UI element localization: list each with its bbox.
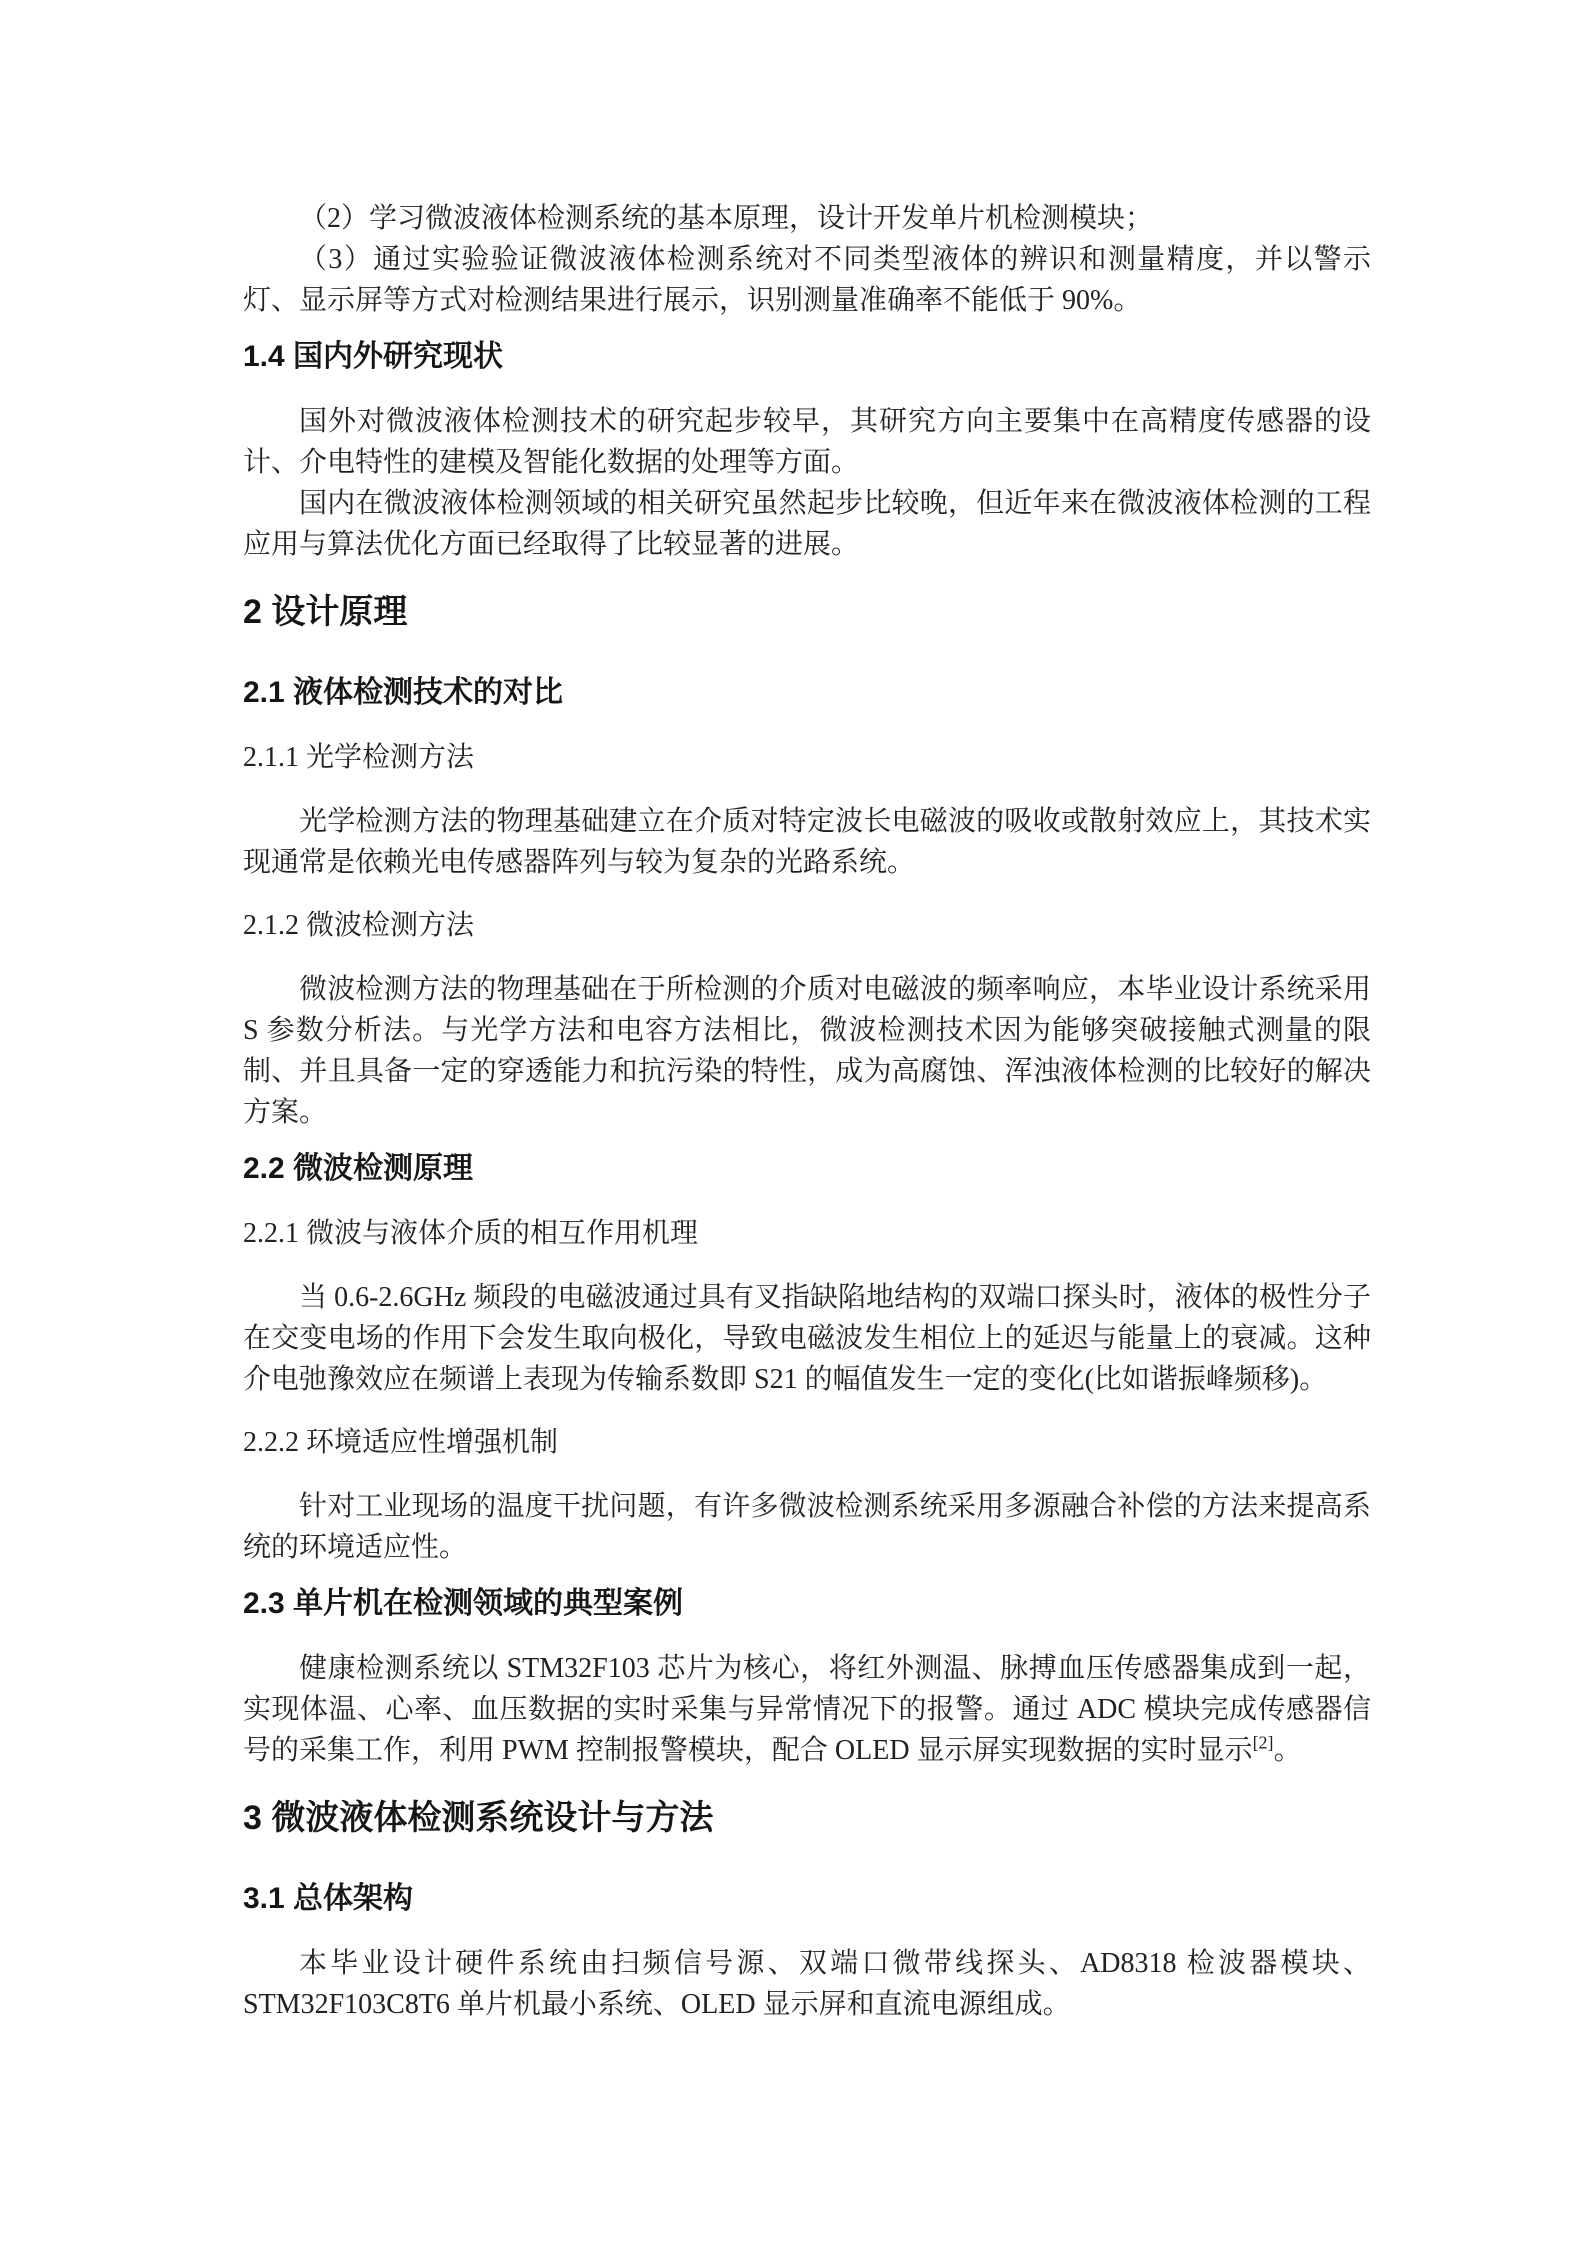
- objective-item-2: （2）学习微波液体检测系统的基本原理，设计开发单片机检测模块；: [243, 198, 1371, 239]
- paragraph-hardware-composition: 本毕业设计硬件系统由扫频信号源、双端口微带线探头、AD8318 检波器模块、ST…: [243, 1943, 1371, 2025]
- heading-1-4-research-status: 1.4 国内外研究现状: [243, 337, 1371, 377]
- heading-2-2-1-interaction-mechanism: 2.2.1 微波与液体介质的相互作用机理: [243, 1213, 1371, 1254]
- heading-2-3-mcu-cases: 2.3 单片机在检测领域的典型案例: [243, 1584, 1371, 1624]
- heading-2-2-2-environment-adaptability: 2.2.2 环境适应性增强机制: [243, 1422, 1371, 1463]
- heading-2-1-2-microwave-method: 2.1.2 微波检测方法: [243, 905, 1371, 946]
- objective-item-3: （3）通过实验验证微波液体检测系统对不同类型液体的辨识和测量精度，并以警示灯、显…: [243, 239, 1371, 321]
- paragraph-overseas-research: 国外对微波液体检测技术的研究起步较早，其研究方向主要集中在高精度传感器的设计、介…: [243, 401, 1371, 483]
- citation-superscript: [2]: [1253, 1733, 1274, 1753]
- paragraph-health-system-period: 。: [1274, 1735, 1302, 1766]
- heading-3-1-overall-architecture: 3.1 总体架构: [243, 1879, 1371, 1919]
- paragraph-interaction-mechanism: 当 0.6-2.6GHz 频段的电磁波通过具有叉指缺陷地结构的双端口探头时，液体…: [243, 1277, 1371, 1400]
- heading-2-1-1-optical-method: 2.1.1 光学检测方法: [243, 737, 1371, 778]
- paragraph-microwave-method: 微波检测方法的物理基础在于所检测的介质对电磁波的频率响应，本毕业设计系统采用 S…: [243, 969, 1371, 1133]
- document-page: （2）学习微波液体检测系统的基本原理，设计开发单片机检测模块； （3）通过实验验…: [0, 0, 1586, 2245]
- page-content: （2）学习微波液体检测系统的基本原理，设计开发单片机检测模块； （3）通过实验验…: [243, 198, 1371, 2025]
- heading-2-design-principle: 2 设计原理: [243, 589, 1371, 635]
- heading-2-2-microwave-principle: 2.2 微波检测原理: [243, 1149, 1371, 1189]
- heading-2-1-technology-comparison: 2.1 液体检测技术的对比: [243, 673, 1371, 713]
- paragraph-health-system: 健康检测系统以 STM32F103 芯片为核心，将红外测温、脉搏血压传感器集成到…: [243, 1648, 1371, 1771]
- paragraph-health-system-text: 健康检测系统以 STM32F103 芯片为核心，将红外测温、脉搏血压传感器集成到…: [243, 1653, 1371, 1766]
- heading-3-system-design: 3 微波液体检测系统设计与方法: [243, 1795, 1371, 1841]
- paragraph-domestic-research: 国内在微波液体检测领域的相关研究虽然起步比较晚，但近年来在微波液体检测的工程应用…: [243, 483, 1371, 565]
- paragraph-environment-adaptability: 针对工业现场的温度干扰问题，有许多微波检测系统采用多源融合补偿的方法来提高系统的…: [243, 1486, 1371, 1568]
- paragraph-optical-method: 光学检测方法的物理基础建立在介质对特定波长电磁波的吸收或散射效应上，其技术实现通…: [243, 801, 1371, 883]
